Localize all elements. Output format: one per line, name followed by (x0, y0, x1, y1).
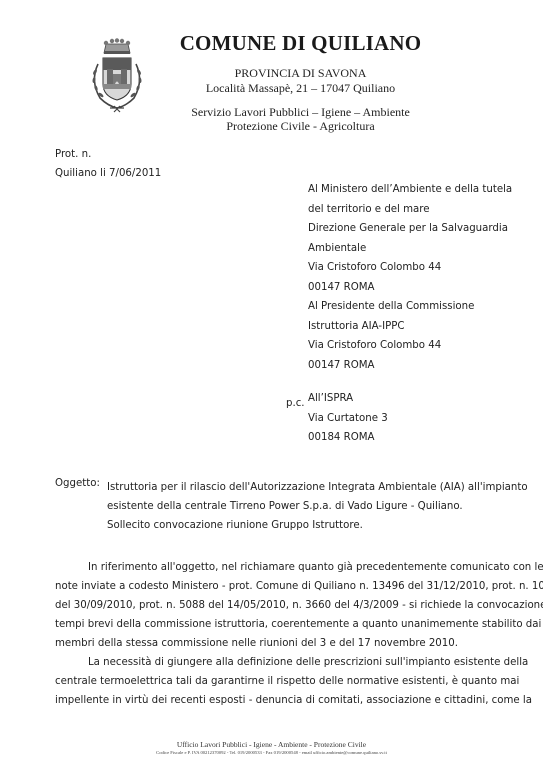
municipality-title: COMUNE DI QUILIANO (0, 31, 543, 56)
protocol-number: Prot. n. (55, 149, 91, 160)
address-line: Al Ministero dell’Ambiente e della tutel… (308, 180, 512, 200)
address-line: All’ISPRA (308, 389, 388, 409)
subject-line: Istruttoria per il rilascio dell'Autoriz… (107, 478, 502, 497)
service-line-1: Servizio Lavori Pubblici – Igiene – Ambi… (0, 105, 543, 120)
recipient-ministry: Al Ministero dell’Ambiente e della tutel… (308, 180, 512, 297)
address-line: del territorio e del mare (308, 200, 512, 220)
body-line: In riferimento all'oggetto, nel richiama… (55, 558, 502, 577)
cc-label: p.c. (286, 394, 305, 414)
service-line-2: Protezione Civile - Agricoltura (0, 119, 543, 134)
address-line: Via Cristoforo Colombo 44 (308, 258, 512, 278)
body-line: tempi brevi della commissione istruttori… (55, 615, 502, 634)
place-date: Quiliano li 7/06/2011 (55, 168, 161, 179)
body-line: note inviate a codesto Ministero - prot.… (55, 577, 502, 596)
body-paragraph-2: La necessità di giungere alla definizion… (55, 653, 502, 710)
address-line: Ambientale (308, 239, 512, 259)
address-line: Località Massapè, 21 – 17047 Quiliano (0, 81, 543, 96)
body-line: centrale termoelettrica tali da garantir… (55, 672, 502, 691)
body-line: membri della stessa commissione nelle ri… (55, 634, 502, 653)
address-line: Via Cristoforo Colombo 44 (308, 336, 474, 356)
footer-contacts: Codice Fiscale e P. IVA 00212370092 - Te… (0, 750, 543, 755)
address-line: Al Presidente della Commissione (308, 297, 474, 317)
recipient-ispra: All’ISPRA Via Curtatone 3 00184 ROMA (308, 389, 388, 448)
body-line: impellente in virtù dei recenti esposti … (55, 691, 502, 710)
address-line: 00147 ROMA (308, 278, 512, 298)
address-line: Istruttoria AIA-IPPC (308, 317, 474, 337)
recipient-commission-president: Al Presidente della Commissione Istrutto… (308, 297, 474, 375)
address-line: Via Curtatone 3 (308, 409, 388, 429)
body-line: La necessità di giungere alla definizion… (55, 653, 502, 672)
address-line: 00184 ROMA (308, 428, 388, 448)
address-line: 00147 ROMA (308, 356, 474, 376)
province-line: PROVINCIA DI SAVONA (0, 66, 543, 81)
body-line: del 30/09/2010, prot. n. 5088 del 14/05/… (55, 596, 502, 615)
address-line: Direzione Generale per la Salvaguardia (308, 219, 512, 239)
footer-office: Ufficio Lavori Pubblici - Igiene - Ambie… (0, 740, 543, 749)
subject-line: Sollecito convocazione riunione Gruppo I… (107, 516, 502, 535)
subject-text: Istruttoria per il rilascio dell'Autoriz… (107, 478, 502, 535)
subject-label: Oggetto: (55, 478, 100, 489)
subject-line: esistente della centrale Tirreno Power S… (107, 497, 502, 516)
body-paragraph-1: In riferimento all'oggetto, nel richiama… (55, 558, 502, 653)
